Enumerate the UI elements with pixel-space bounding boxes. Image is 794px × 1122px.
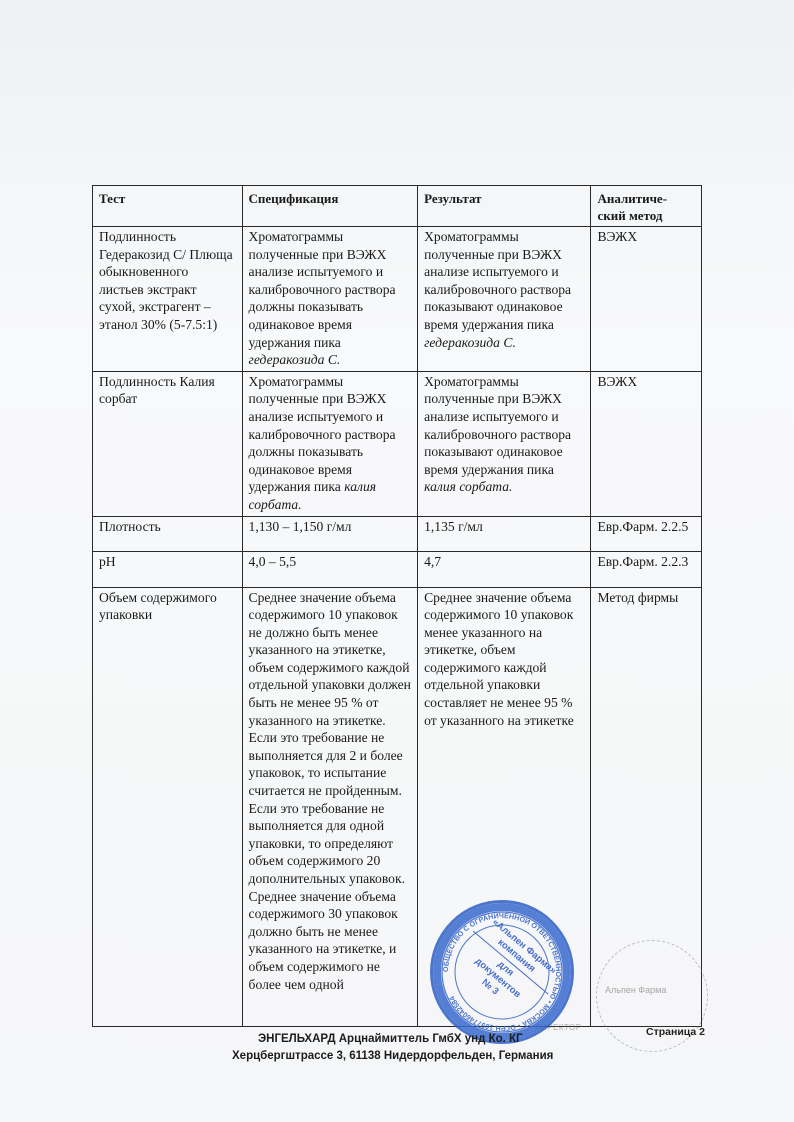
specification-table: Тест Спецификация Результат Аналитиче- с… bbox=[92, 185, 702, 1027]
cell-specification: Среднее значение объема содержимого 10 у… bbox=[242, 587, 418, 1026]
header-specification: Спецификация bbox=[242, 186, 418, 227]
spec-italic: гедеракозида С. bbox=[249, 352, 341, 367]
cell-test: Подлинность Гедеракозид С/ Плюща обыкнов… bbox=[93, 227, 243, 372]
cell-method: Евр.Фарм. 2.2.3 bbox=[591, 551, 702, 587]
cell-test: Плотность bbox=[93, 516, 243, 551]
cell-result: 1,135 г/мл bbox=[418, 516, 591, 551]
cell-method: Евр.Фарм. 2.2.5 bbox=[591, 516, 702, 551]
result-text: Хроматограммы полученные при ВЭЖХ анализ… bbox=[424, 229, 571, 332]
table-header-row: Тест Спецификация Результат Аналитиче- с… bbox=[93, 186, 702, 227]
header-test: Тест bbox=[93, 186, 243, 227]
header-method-line1: Аналитиче- bbox=[597, 190, 695, 207]
faint-stamp-text: Альпен Фарма bbox=[605, 985, 666, 995]
spec-text: Хроматограммы полученные при ВЭЖХ анализ… bbox=[249, 374, 396, 495]
result-italic: гедеракозида С. bbox=[424, 335, 516, 350]
cell-result: 4,7 bbox=[418, 551, 591, 587]
spec-paragraph-1: Среднее значение объема содержимого 10 у… bbox=[249, 589, 412, 888]
cell-result: Хроматограммы полученные при ВЭЖХ анализ… bbox=[418, 227, 591, 372]
cell-test: Объем содержимого упаковки bbox=[93, 587, 243, 1026]
cell-test: pH bbox=[93, 551, 243, 587]
table-row: pH 4,0 – 5,5 4,7 Евр.Фарм. 2.2.3 bbox=[93, 551, 702, 587]
spec-paragraph-2: Среднее значение объема содержимого 30 у… bbox=[249, 888, 412, 994]
spec-text: Хроматограммы полученные при ВЭЖХ анализ… bbox=[249, 229, 396, 350]
cell-specification: Хроматограммы полученные при ВЭЖХ анализ… bbox=[242, 227, 418, 372]
footer-address: Херцбергштрассе 3, 61138 Нидердорфельден… bbox=[232, 1050, 553, 1062]
result-text: Хроматограммы полученные при ВЭЖХ анализ… bbox=[424, 374, 571, 477]
header-method-line2: ский метод bbox=[597, 207, 695, 224]
footer-company: ЭНГЕЛЬХАРД Арцнаймиттель ГмбХ унд Ко. КГ bbox=[258, 1033, 523, 1045]
header-result: Результат bbox=[418, 186, 591, 227]
cell-test: Подлинность Калия сорбат bbox=[93, 371, 243, 516]
cell-specification: 1,130 – 1,150 г/мл bbox=[242, 516, 418, 551]
table-row: Подлинность Калия сорбат Хроматограммы п… bbox=[93, 371, 702, 516]
header-method: Аналитиче- ский метод bbox=[591, 186, 702, 227]
company-seal-stamp: ОБЩЕСТВО С ОГРАНИЧЕННОЙ ОТВЕТСТВЕННОСТЬЮ… bbox=[430, 900, 574, 1044]
result-italic: калия сорбата. bbox=[424, 479, 512, 494]
cell-method: ВЭЖХ bbox=[591, 227, 702, 372]
cell-specification: Хроматограммы полученные при ВЭЖХ анализ… bbox=[242, 371, 418, 516]
cell-method: ВЭЖХ bbox=[591, 371, 702, 516]
cell-specification: 4,0 – 5,5 bbox=[242, 551, 418, 587]
page-number: Страница 2 bbox=[646, 1026, 705, 1038]
table-row: Подлинность Гедеракозид С/ Плюща обыкнов… bbox=[93, 227, 702, 372]
cell-result: Хроматограммы полученные при ВЭЖХ анализ… bbox=[418, 371, 591, 516]
table-row: Плотность 1,130 – 1,150 г/мл 1,135 г/мл … bbox=[93, 516, 702, 551]
